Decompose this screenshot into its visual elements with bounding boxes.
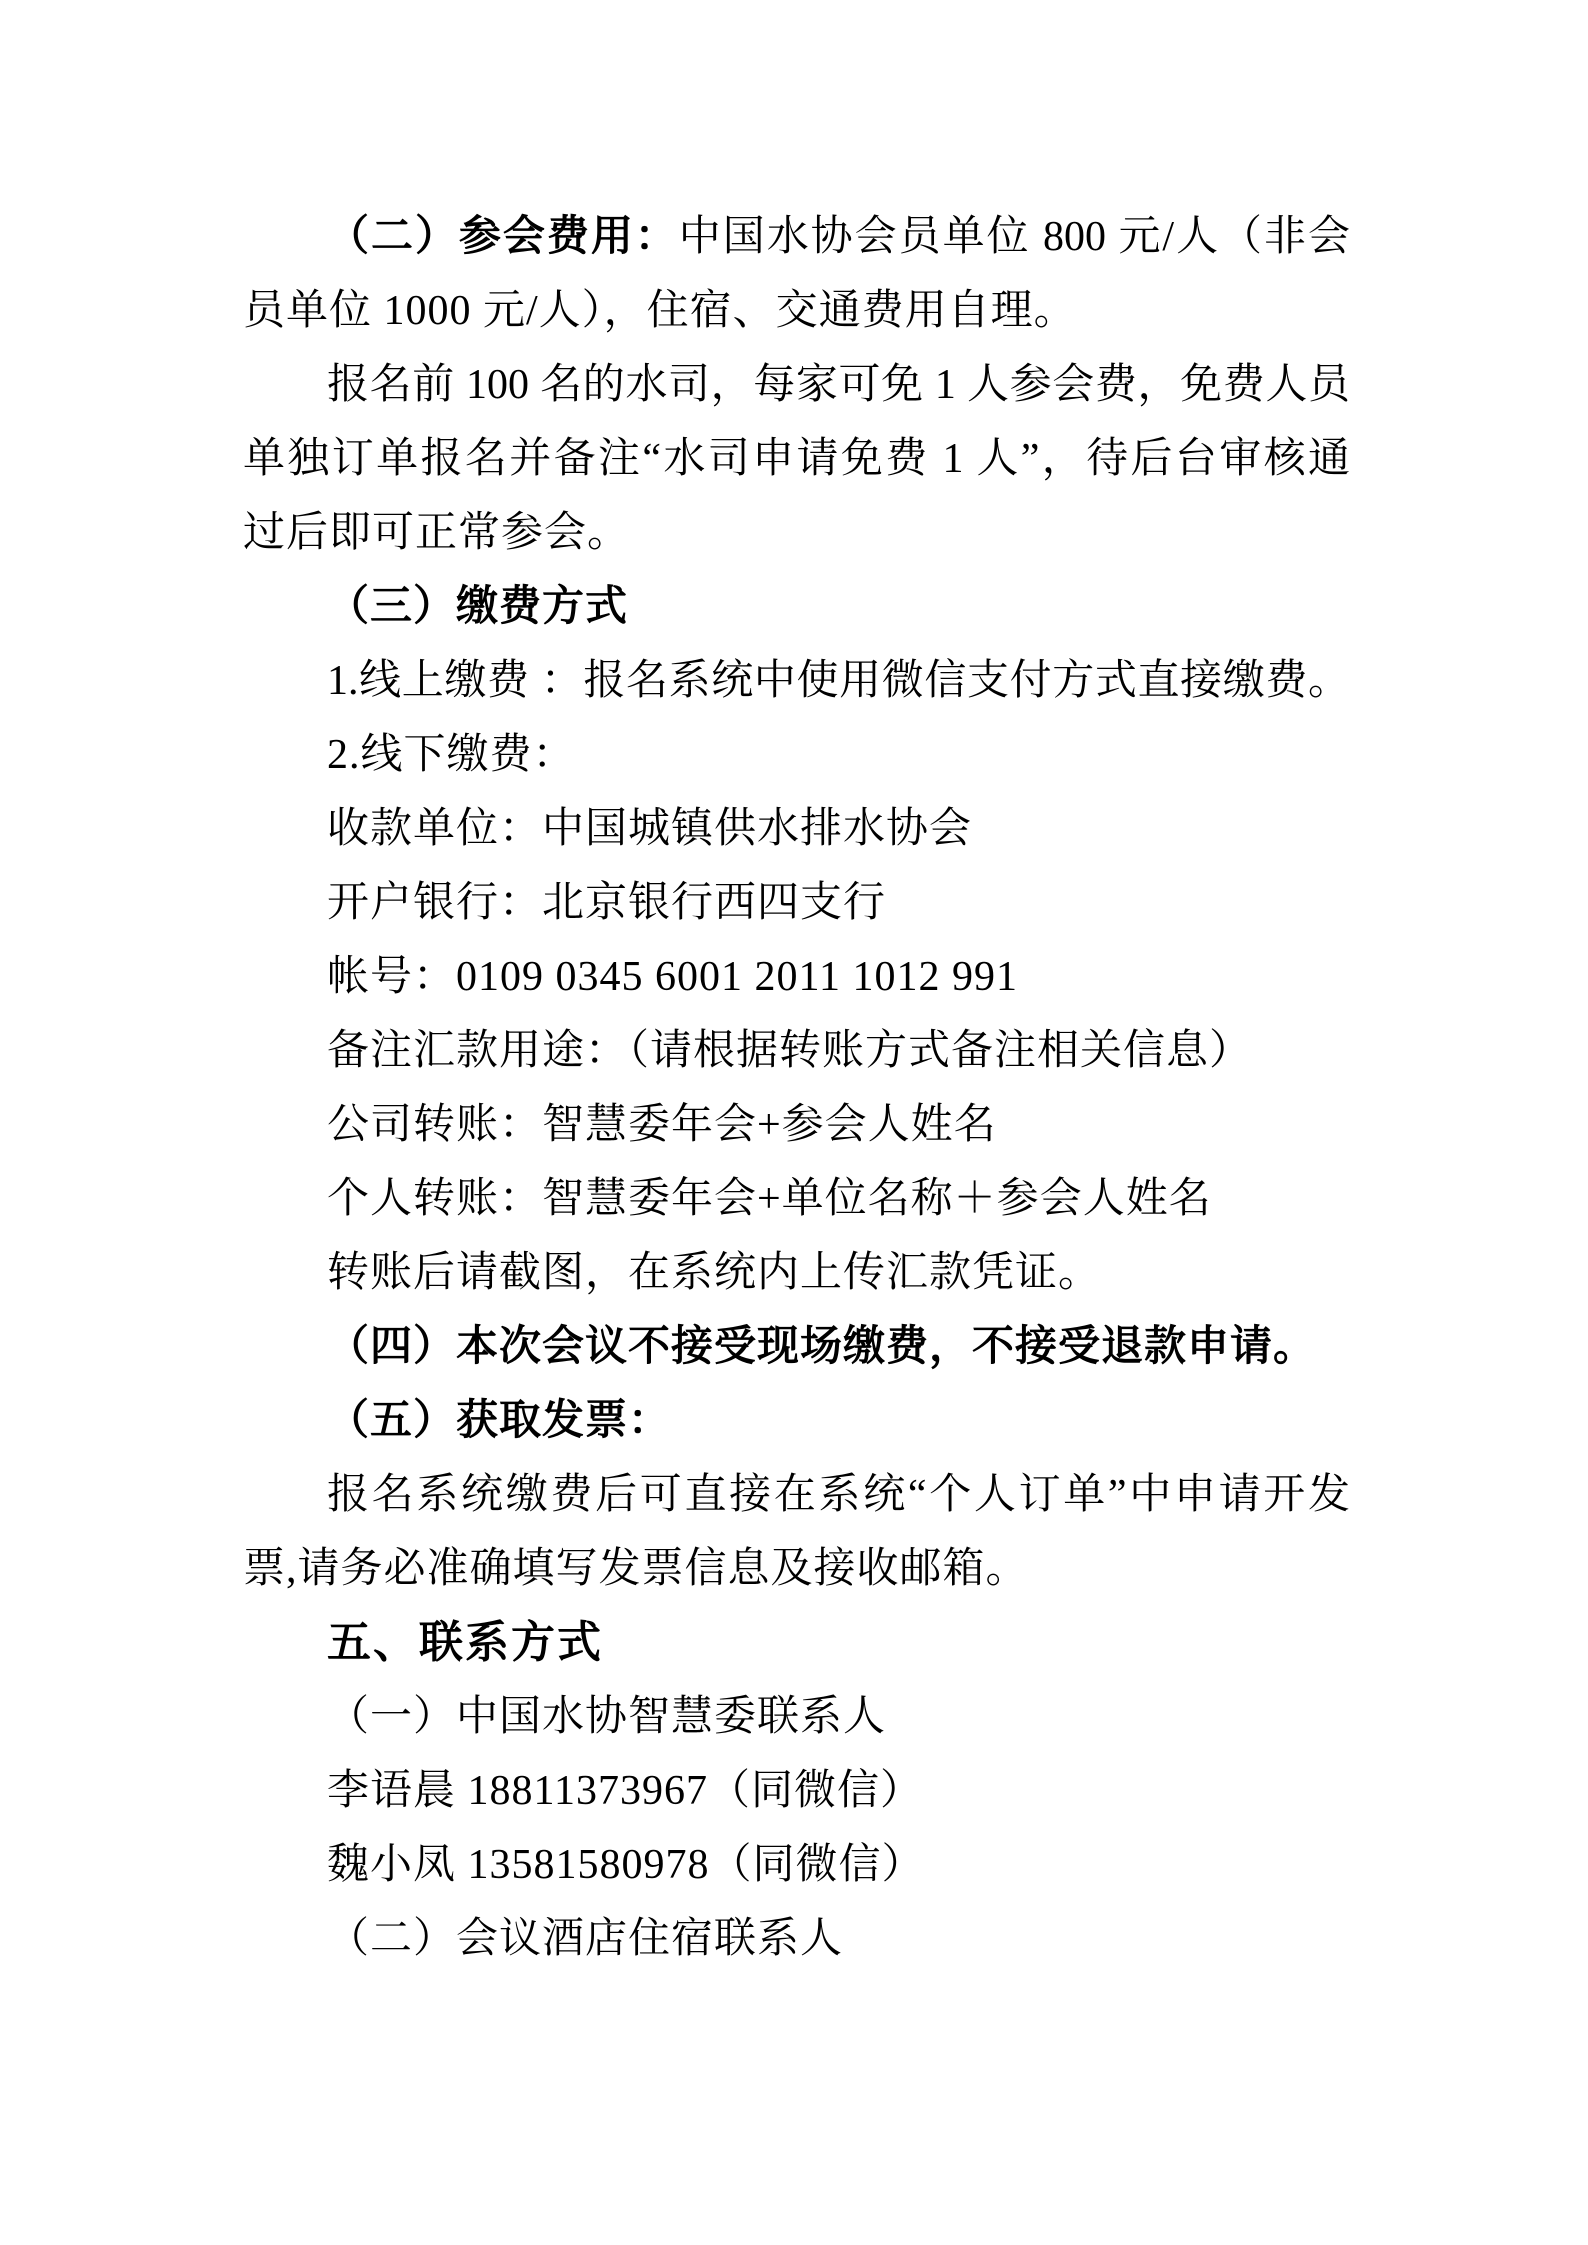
document-line-9: 收款单位：中国城镇供水排水协会	[243, 792, 1350, 866]
document-line-14: 个人转账：智慧委年会+单位名称＋参会人姓名	[243, 1162, 1350, 1236]
text-run: 备注汇款用途：（请根据转账方式备注相关信息）	[327, 1028, 1252, 1074]
text-run: 报名前 100 名的水司，每家可免 1 人参会费，免费人员	[327, 362, 1350, 408]
document-line-6: （三）缴费方式	[243, 570, 1350, 644]
document-line-8: 2.线下缴费：	[243, 718, 1350, 792]
document-line-3: 报名前 100 名的水司，每家可免 1 人参会费，免费人员	[243, 348, 1350, 422]
document-line-19: 票,请务必准确填写发票信息及接收邮箱。	[243, 1532, 1350, 1606]
document-line-10: 开户银行：北京银行西四支行	[243, 866, 1350, 940]
text-run: 开户银行：北京银行西四支行	[327, 880, 886, 926]
document-line-2: 员单位 1000 元/人），住宿、交通费用自理。	[243, 274, 1350, 348]
text-run: 员单位 1000 元/人），住宿、交通费用自理。	[243, 288, 1077, 334]
document-line-4: 单独订单报名并备注“水司申请免费 1 人”，待后台审核通	[243, 422, 1350, 496]
text-run: 票,请务必准确填写发票信息及接收邮箱。	[243, 1546, 1029, 1592]
text-run: 魏小凤 13581580978（同微信）	[327, 1842, 925, 1888]
document-line-21: （一）中国水协智慧委联系人	[243, 1680, 1350, 1754]
bold-text-run: （四）本次会议不接受现场缴费，不接受退款申请。	[327, 1324, 1316, 1370]
text-run: （二）会议酒店住宿联系人	[327, 1916, 843, 1962]
text-run: 转账后请截图，在系统内上传汇款凭证。	[327, 1250, 1101, 1296]
document-line-18: 报名系统缴费后可直接在系统“个人订单”中申请开发	[243, 1458, 1350, 1532]
text-run: 过后即可正常参会。	[243, 510, 630, 556]
text-run: 帐号：0109 0345 6001 2011 1012 991	[327, 954, 1018, 1000]
bold-text-run: （五）获取发票：	[327, 1398, 671, 1444]
document-body: （二）参会费用：中国水协会员单位 800 元/人（非会员单位 1000 元/人）…	[243, 200, 1350, 1976]
document-line-15: 转账后请截图，在系统内上传汇款凭证。	[243, 1236, 1350, 1310]
bold-text-run: （三）缴费方式	[327, 584, 628, 630]
text-run: 2.线下缴费：	[327, 732, 576, 778]
text-run: 报名系统缴费后可直接在系统“个人订单”中申请开发	[327, 1472, 1350, 1518]
document-line-23: 魏小凤 13581580978（同微信）	[243, 1828, 1350, 1902]
bold-text-run: （二）参会费用：	[327, 214, 679, 260]
document-line-22: 李语晨 18811373967（同微信）	[243, 1754, 1350, 1828]
document-page: （二）参会费用：中国水协会员单位 800 元/人（非会员单位 1000 元/人）…	[0, 0, 1588, 2245]
document-line-17: （五）获取发票：	[243, 1384, 1350, 1458]
document-line-13: 公司转账：智慧委年会+参会人姓名	[243, 1088, 1350, 1162]
document-line-16: （四）本次会议不接受现场缴费，不接受退款申请。	[243, 1310, 1350, 1384]
document-line-5: 过后即可正常参会。	[243, 496, 1350, 570]
text-run: （一）中国水协智慧委联系人	[327, 1694, 886, 1740]
text-run: 单独订单报名并备注“水司申请免费 1 人”，待后台审核通	[243, 436, 1350, 482]
text-run: 收款单位：中国城镇供水排水协会	[327, 806, 972, 852]
text-run: 中国水协会员单位 800 元/人（非会	[679, 214, 1350, 260]
text-run: 1.线上缴费 ：报名系统中使用微信支付方式直接缴费。	[327, 658, 1350, 704]
text-run: 五、联系方式	[327, 1618, 603, 1667]
text-run: 个人转账：智慧委年会+单位名称＋参会人姓名	[327, 1176, 1212, 1222]
document-line-20: 五、联系方式	[243, 1606, 1350, 1680]
document-line-1: （二）参会费用：中国水协会员单位 800 元/人（非会	[243, 200, 1350, 274]
text-run: 李语晨 18811373967（同微信）	[327, 1768, 923, 1814]
text-run: 公司转账：智慧委年会+参会人姓名	[327, 1102, 997, 1148]
document-line-24: （二）会议酒店住宿联系人	[243, 1902, 1350, 1976]
document-line-7: 1.线上缴费 ：报名系统中使用微信支付方式直接缴费。	[243, 644, 1350, 718]
document-line-11: 帐号：0109 0345 6001 2011 1012 991	[243, 940, 1350, 1014]
document-line-12: 备注汇款用途：（请根据转账方式备注相关信息）	[243, 1014, 1350, 1088]
